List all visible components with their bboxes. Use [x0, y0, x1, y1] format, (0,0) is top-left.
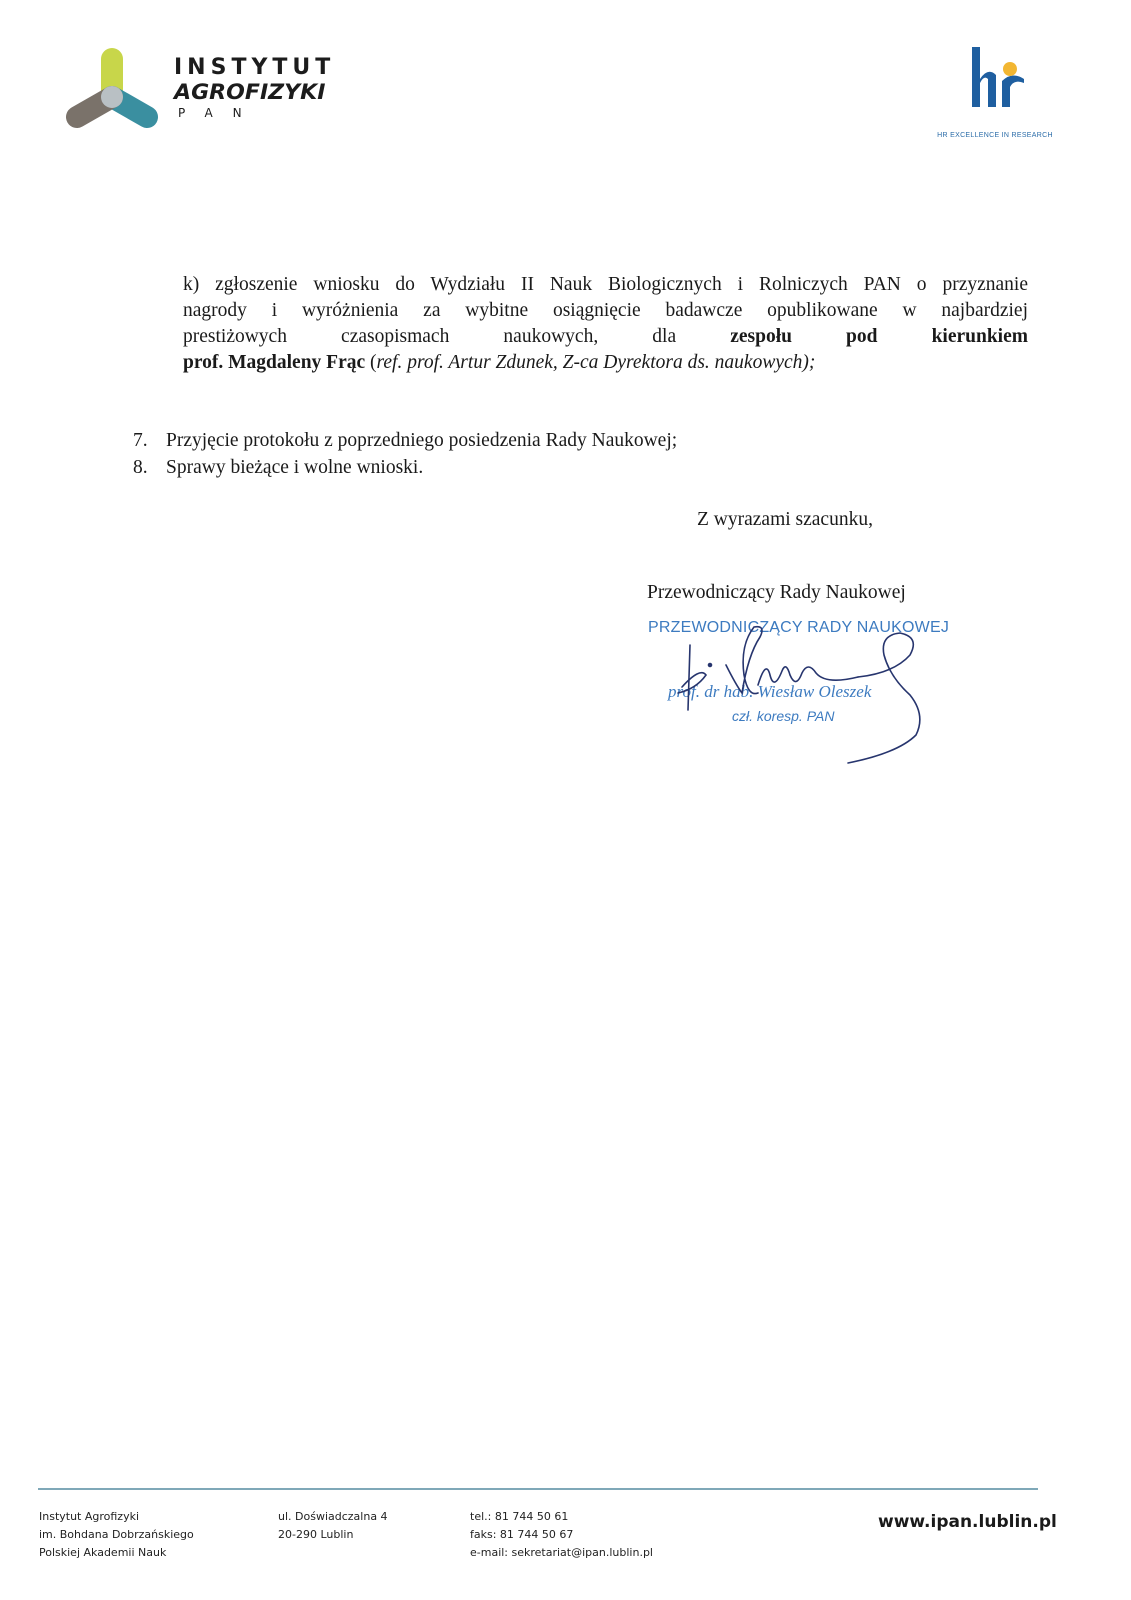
agenda-item-8: 8. Sprawy bieżące i wolne wnioski. — [133, 454, 677, 481]
agenda-text: Sprawy bieżące i wolne wnioski. — [166, 454, 423, 481]
text-segment: nagrody i wyróżnienia za wybitne osiągni… — [183, 300, 1028, 321]
footer-fax: faks: 81 744 50 67 — [470, 1526, 653, 1544]
official-stamp: PRZEWODNICZĄCY RADY NAUKOWEJ prof. dr ha… — [648, 615, 938, 765]
institute-logo-text: INSTYTUT AGROFIZYKI PAN — [174, 55, 335, 123]
footer-institute-name: Instytut Agrofizyki im. Bohdana Dobrzańs… — [39, 1508, 194, 1562]
closing-salutation: Z wyrazami szacunku, — [697, 509, 873, 531]
footer-line: 20-290 Lublin — [278, 1526, 388, 1544]
agenda-number: 7. — [133, 427, 166, 454]
footer-website-link[interactable]: www.ipan.lublin.pl — [878, 1512, 1057, 1532]
footer-email[interactable]: e-mail: sekretariat@ipan.lublin.pl — [470, 1544, 653, 1562]
logo-line-instytut: INSTYTUT — [174, 55, 335, 81]
logo-line-agrofizyki: AGROFIZYKI — [174, 81, 343, 103]
footer-contact: tel.: 81 744 50 61 faks: 81 744 50 67 e-… — [470, 1508, 653, 1562]
item-k-line-2: nagrody i wyróżnienia za wybitne osiągni… — [183, 298, 1028, 324]
agenda-item-7: 7. Przyjęcie protokołu z poprzedniego po… — [133, 427, 677, 454]
agenda-number: 8. — [133, 454, 166, 481]
item-k-line-3: prestiżowych czasopismach naukowych, dla… — [183, 324, 1028, 350]
tri-blade-logo-icon — [62, 45, 162, 135]
footer-divider — [38, 1488, 1038, 1490]
logo-line-pan: PAN — [178, 103, 335, 123]
team-highlight: zespołu pod kierunkiem — [730, 326, 1028, 347]
signatory-title: Przewodniczący Rady Naukowej — [647, 582, 906, 604]
text-segment: k) zgłoszenie wniosku do Wydziału II Nau… — [183, 274, 1028, 295]
item-k-line-4: prof. Magdaleny Frąc (ref. prof. Artur Z… — [183, 350, 1028, 376]
agenda-text: Przyjęcie protokołu z poprzedniego posie… — [166, 427, 677, 454]
referent-note: ref. prof. Artur Zdunek, Z-ca Dyrektora … — [377, 352, 816, 373]
leader-name: prof. Magdaleny Frąc — [183, 352, 365, 373]
handwritten-signature-icon — [648, 615, 938, 765]
text-segment: prestiżowych czasopismach naukowych, dla — [183, 326, 730, 347]
agenda-item-k: k) zgłoszenie wniosku do Wydziału II Nau… — [183, 272, 1028, 376]
hr-caption: HR EXCELLENCE IN RESEARCH — [925, 132, 1065, 139]
item-k-line-1: k) zgłoszenie wniosku do Wydziału II Nau… — [183, 272, 1028, 298]
footer-line: Polskiej Akademii Nauk — [39, 1544, 194, 1562]
hr-excellence-logo: HR EXCELLENCE IN RESEARCH — [925, 45, 1065, 145]
footer-phone: tel.: 81 744 50 61 — [470, 1508, 653, 1526]
footer-line: Instytut Agrofizyki — [39, 1508, 194, 1526]
institute-logo: INSTYTUT AGROFIZYKI PAN — [62, 45, 372, 135]
footer-line: im. Bohdana Dobrzańskiego — [39, 1526, 194, 1544]
footer-line: ul. Doświadczalna 4 — [278, 1508, 388, 1526]
hr-logo-icon — [970, 45, 1030, 115]
text-segment: ( — [365, 352, 376, 373]
agenda-list: 7. Przyjęcie protokołu z poprzedniego po… — [133, 427, 677, 481]
footer-address: ul. Doświadczalna 4 20-290 Lublin — [278, 1508, 388, 1544]
